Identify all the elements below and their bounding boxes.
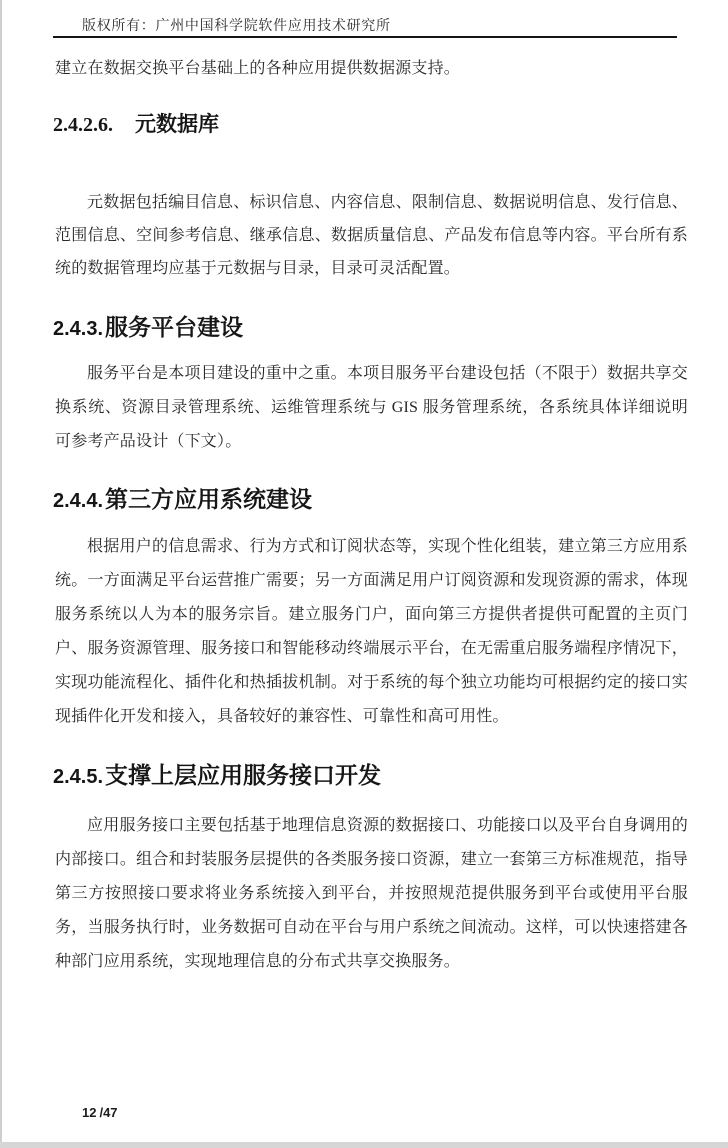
section-paragraph-api-development: 应用服务接口主要包括基于地理信息资源的数据接口、功能接口以及平台自身调用的内部接…: [55, 809, 688, 979]
section-number: 2.4.3.: [53, 318, 103, 340]
section-title: 第三方应用系统建设: [105, 487, 312, 512]
document-page: 版权所有：广州中国科学院软件应用技术研究所 建立在数据交换平台基础上的各种应用提…: [0, 0, 728, 1148]
section-paragraph-metadata-db: 元数据包括编目信息、标识信息、内容信息、限制信息、数据说明信息、发行信息、范围信…: [55, 186, 688, 285]
intro-paragraph: 建立在数据交换平台基础上的各种应用提供数据源支持。: [55, 52, 688, 85]
section-heading-api-development: 2.4.5.支撑上层应用服务接口开发: [53, 757, 381, 790]
page-number-total: /47: [99, 1105, 117, 1120]
page-number: 12/47: [82, 1105, 118, 1120]
section-heading-metadata-db: 2.4.2.6.元数据库: [53, 108, 219, 138]
section-number: 2.4.5.: [53, 766, 103, 788]
section-title: 元数据库: [135, 112, 219, 136]
section-heading-third-party-system: 2.4.4.第三方应用系统建设: [53, 481, 312, 514]
section-number: 2.4.2.6.: [53, 114, 113, 136]
page-number-current: 12: [82, 1105, 96, 1120]
section-number: 2.4.4.: [53, 490, 103, 512]
section-paragraph-third-party-system: 根据用户的信息需求、行为方式和订阅状态等，实现个性化组装，建立第三方应用系统。一…: [55, 530, 688, 734]
page-bottom-shadow: [0, 1142, 728, 1148]
section-title: 支撑上层应用服务接口开发: [105, 763, 381, 788]
section-title: 服务平台建设: [105, 315, 243, 340]
section-paragraph-service-platform: 服务平台是本项目建设的重中之重。本项目服务平台建设包括（不限于）数据共享交换系统…: [55, 357, 688, 459]
header-copyright: 版权所有：广州中国科学院软件应用技术研究所: [82, 15, 391, 35]
header-divider: [53, 36, 677, 38]
page-left-shadow: [0, 0, 2, 1148]
section-heading-service-platform: 2.4.3.服务平台建设: [53, 309, 243, 342]
